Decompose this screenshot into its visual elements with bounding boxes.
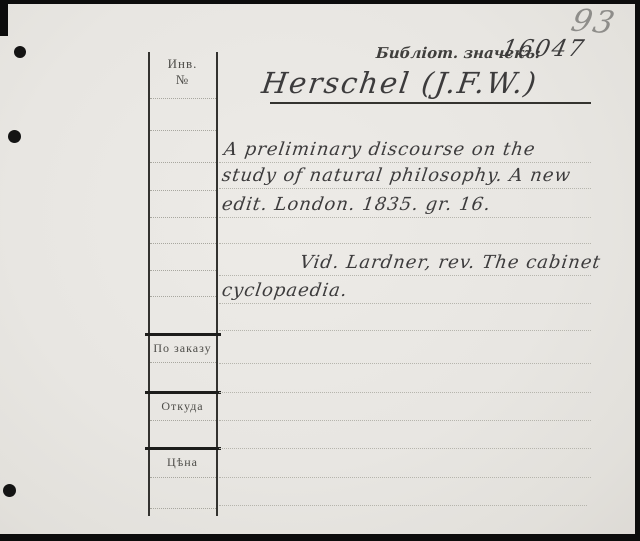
library-stamp-number: 16047 bbox=[499, 36, 588, 62]
entry-line-3: edit. London. 1835. gr. 16. bbox=[221, 194, 493, 215]
column-ruled-line bbox=[150, 477, 216, 478]
writing-ruled-line bbox=[219, 243, 591, 244]
writing-ruled-line bbox=[219, 420, 591, 421]
column-ruled-line bbox=[150, 296, 216, 297]
writing-ruled-line bbox=[219, 275, 591, 276]
column-ruled-line bbox=[150, 98, 216, 99]
writing-ruled-line bbox=[219, 363, 591, 364]
writing-ruled-line bbox=[219, 217, 591, 218]
column-ruled-line bbox=[150, 130, 216, 131]
inventory-number-label: Инв. № bbox=[148, 56, 217, 88]
entry-line-4: Vid. Lardner, rev. The cabinet bbox=[299, 252, 603, 273]
punch-hole-bottom bbox=[3, 484, 16, 497]
writing-ruled-line bbox=[219, 188, 591, 189]
column-ruled-line bbox=[150, 508, 216, 509]
column-ruled-line bbox=[150, 162, 216, 163]
column-ruled-line bbox=[150, 243, 216, 244]
column-ruled-line bbox=[150, 420, 216, 421]
scanned-catalog-card: 93 Библіот. значекъ: 16047 Herschel (J.F… bbox=[0, 0, 640, 541]
writing-ruled-line bbox=[219, 448, 591, 449]
column-ruled-line bbox=[150, 217, 216, 218]
entry-line-2: study of natural philosophy. A new bbox=[221, 165, 573, 186]
column-ruled-line bbox=[150, 362, 216, 363]
scan-edge-top-left bbox=[0, 0, 8, 36]
origin-label: Откуда bbox=[148, 399, 217, 414]
heading-underline bbox=[270, 102, 591, 104]
punch-hole-top bbox=[14, 46, 26, 58]
by-order-label: По заказу bbox=[144, 341, 221, 356]
inventory-label-line1: Инв. bbox=[168, 56, 198, 71]
section-separator bbox=[145, 447, 221, 450]
writing-ruled-line bbox=[219, 505, 587, 506]
author-heading: Herschel (J.F.W.) bbox=[260, 66, 541, 100]
scan-edge-top bbox=[0, 0, 640, 4]
scan-edge-right bbox=[635, 0, 640, 541]
writing-ruled-line bbox=[219, 477, 591, 478]
entry-line-1: A preliminary discourse on the bbox=[223, 139, 537, 160]
writing-ruled-line bbox=[219, 330, 591, 331]
writing-ruled-line bbox=[219, 162, 591, 163]
section-separator bbox=[145, 333, 221, 336]
entry-line-5: cyclopaedia. bbox=[221, 280, 350, 301]
section-separator bbox=[145, 391, 221, 394]
writing-ruled-line bbox=[219, 303, 591, 304]
inventory-label-line2: № bbox=[176, 72, 189, 87]
price-label: Цѣна bbox=[148, 455, 217, 470]
column-ruled-line bbox=[150, 270, 216, 271]
writing-ruled-line bbox=[219, 392, 591, 393]
punch-hole-middle bbox=[8, 130, 21, 143]
scan-edge-bottom bbox=[0, 534, 640, 541]
column-ruled-line bbox=[150, 190, 216, 191]
